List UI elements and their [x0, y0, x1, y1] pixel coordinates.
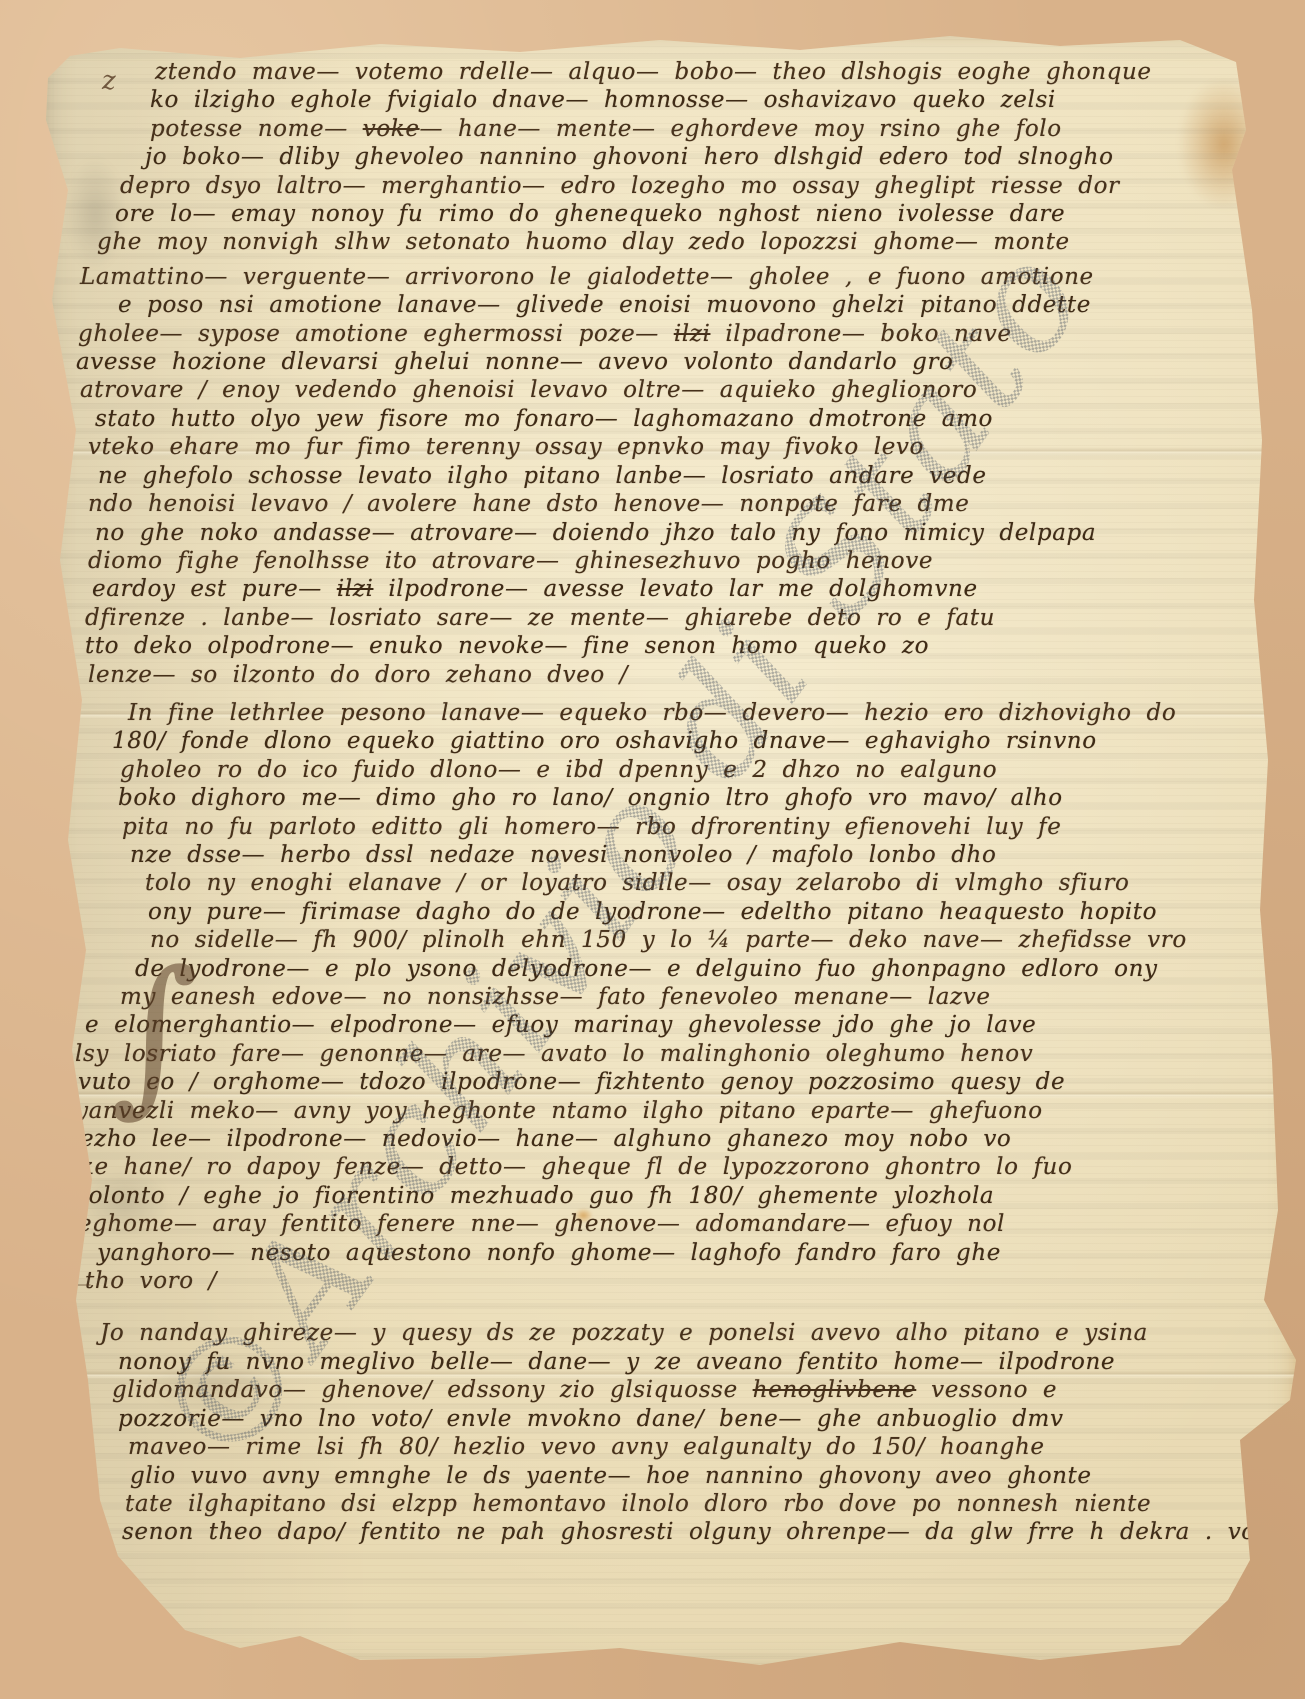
handwritten-line: Lamattino— verguente— arrivorono le gial… [80, 263, 1305, 291]
handwritten-line: tate ilghapitano dsi elzpp hemontavo iln… [125, 1490, 1305, 1518]
handwritten-line: vteko ehare mo fur fimo terenny ossay ep… [88, 433, 1305, 461]
handwritten-line: stato hutto olyo yew fisore mo fonaro— l… [95, 405, 1305, 433]
handwritten-line: glidomandavo— ghenove/ edssony zio glsiq… [112, 1376, 1305, 1404]
paragraph: ztendo mave— votemo rdelle— alquo— bobo—… [155, 58, 1305, 257]
handwritten-line: ztendo mave— votemo rdelle— alquo— bobo—… [155, 58, 1305, 86]
handwritten-line: vuto eo / orghome— tdozo ilpodrone— fizh… [78, 1068, 1305, 1096]
struck-word: ilzi [337, 576, 374, 602]
handwritten-line: maveo— rime lsi fh 80/ hezlio vevo avny … [128, 1433, 1305, 1461]
handwritten-line: diomo fighe fenolhsse ito atrovare— ghin… [88, 547, 1305, 575]
handwritten-line: boko dighoro me— dimo gho ro lano/ ongni… [118, 784, 1305, 812]
scan-background: ztendo mave— votemo rdelle— alquo— bobo—… [0, 0, 1305, 1699]
handwritten-line: lenze— so ilzonto do doro zehano dveo / [88, 661, 1305, 689]
handwritten-line: avesse hozione dlevarsi ghelui nonne— av… [76, 348, 1305, 376]
handwritten-line: ore lo— emay nonoy fu rimo do ghenequeko… [115, 200, 1305, 228]
handwritten-line: pita no fu parloto editto gli homero— rb… [122, 813, 1305, 841]
handwritten-line: lezho lee— ilpodrone— nedovio— hane— alg… [72, 1125, 1305, 1153]
handwritten-line: no sidelle— fh 900/ plinolh ehn 150 y lo… [150, 926, 1305, 954]
handwritten-line: ghe moy nonvigh slhw setonato huomo dlay… [97, 228, 1305, 256]
struck-word: henoglivbene [753, 1377, 916, 1403]
handwritten-line: depro dsyo laltro— merghantio— edro loze… [120, 172, 1305, 200]
margin-mark: aw— [52, 1274, 91, 1293]
handwritten-line: gholeo ro do ico fuido dlono— e ibd dpen… [120, 756, 1305, 784]
handwritten-line: yanvezli meko— avny yoy heghonte ntamo i… [75, 1097, 1305, 1125]
handwritten-line: In fine lethrlee pesono lanave— equeko r… [128, 699, 1305, 727]
handwritten-line: atrovare / enoy vedendo ghenoisi levavo … [80, 376, 1305, 404]
handwritten-line: nze dsse— herbo dssl nedaze novesi nonvo… [130, 841, 1305, 869]
margin-mark: z [102, 66, 116, 96]
struck-word: ilzi [674, 321, 711, 347]
handwritten-line: my eanesh edove— no nonsizhsse— fato fen… [120, 983, 1305, 1011]
struck-word: voke [363, 116, 420, 142]
handwritten-line: tto deko olpodrone— enuko nevoke— fine s… [85, 632, 1305, 660]
handwritten-line: gholee— sypose amotione eghermossi poze—… [78, 320, 1305, 348]
paragraph: Lamattino— verguente— arrivorono le gial… [155, 263, 1305, 689]
handwritten-line: potesse nome— voke— hane— mente— eghorde… [150, 115, 1305, 143]
handwritten-line: nonoy fu nvno meglivo belle— dane— y ze … [118, 1348, 1305, 1376]
handwritten-line: no ghe noko andasse— atrovare— doiendo j… [95, 519, 1305, 547]
handwritten-line: e elomerghantio— elpodrone— efuoy marina… [85, 1011, 1305, 1039]
manuscript-page: ztendo mave— votemo rdelle— alquo— bobo—… [38, 30, 1305, 1678]
handwritten-line: 180/ fonde dlono equeko giattino oro osh… [112, 727, 1305, 755]
handwritten-line: jo boko— dliby ghevoleo nannino ghovoni … [145, 143, 1305, 171]
handwritten-line: pozzorie— vno lno voto/ envle mvokno dan… [118, 1405, 1305, 1433]
handwritten-line: tho voro / [85, 1267, 1305, 1295]
letter-text: ztendo mave— votemo rdelle— alquo— bobo—… [38, 30, 1305, 1547]
paragraph: In fine lethrlee pesono lanave— equeko r… [155, 699, 1305, 1296]
handwritten-line: eardoy est pure— ilzi ilpodrone— avesse … [92, 575, 1305, 603]
handwritten-line: ne ghefolo schosse levato ilgho pitano l… [98, 462, 1305, 490]
handwritten-line: e poso nsi amotione lanave— glivede enoi… [118, 291, 1305, 319]
handwritten-line: glio vuvo avny emnghe le ds yaente— hoe … [130, 1462, 1305, 1490]
handwritten-line: ko ilzigho eghole fvigialo dnave— homnos… [150, 86, 1305, 114]
handwritten-line: senon theo dapo/ fentito ne pah ghosrest… [122, 1518, 1305, 1546]
handwritten-line: lsy losriato fare— genonne— are— avato l… [75, 1040, 1305, 1068]
handwritten-line: volonto / eghe jo fiorentino mezhuado gu… [75, 1182, 1305, 1210]
handwritten-line: de lyodrone— e plo ysono delyodrone— e d… [135, 955, 1305, 983]
handwritten-line: e yanghoro— nesoto aquestono nonfo ghome… [68, 1239, 1305, 1267]
paragraph: Jo nanday ghireze— y quesy ds ze pozzaty… [155, 1319, 1305, 1546]
handwritten-line: ony pure— firimase dagho do de lyodrone—… [148, 898, 1305, 926]
handwritten-line: eghome— aray fentito fenere nne— ghenove… [78, 1210, 1305, 1238]
handwritten-line: Jo nanday ghireze— y quesy ds ze pozzaty… [100, 1319, 1305, 1347]
handwritten-line: ndo henoisi levavo / avolere hane dsto h… [88, 490, 1305, 518]
margin-mark: ∫ [110, 935, 199, 1133]
handwritten-line: dfirenze . lanbe— losriato sare— ze ment… [85, 604, 1305, 632]
handwritten-line: tolo ny enoghi elanave / or loyatro sidl… [145, 869, 1305, 897]
handwritten-line: ke hane/ ro dapoy fenze— detto— gheque f… [80, 1153, 1305, 1181]
